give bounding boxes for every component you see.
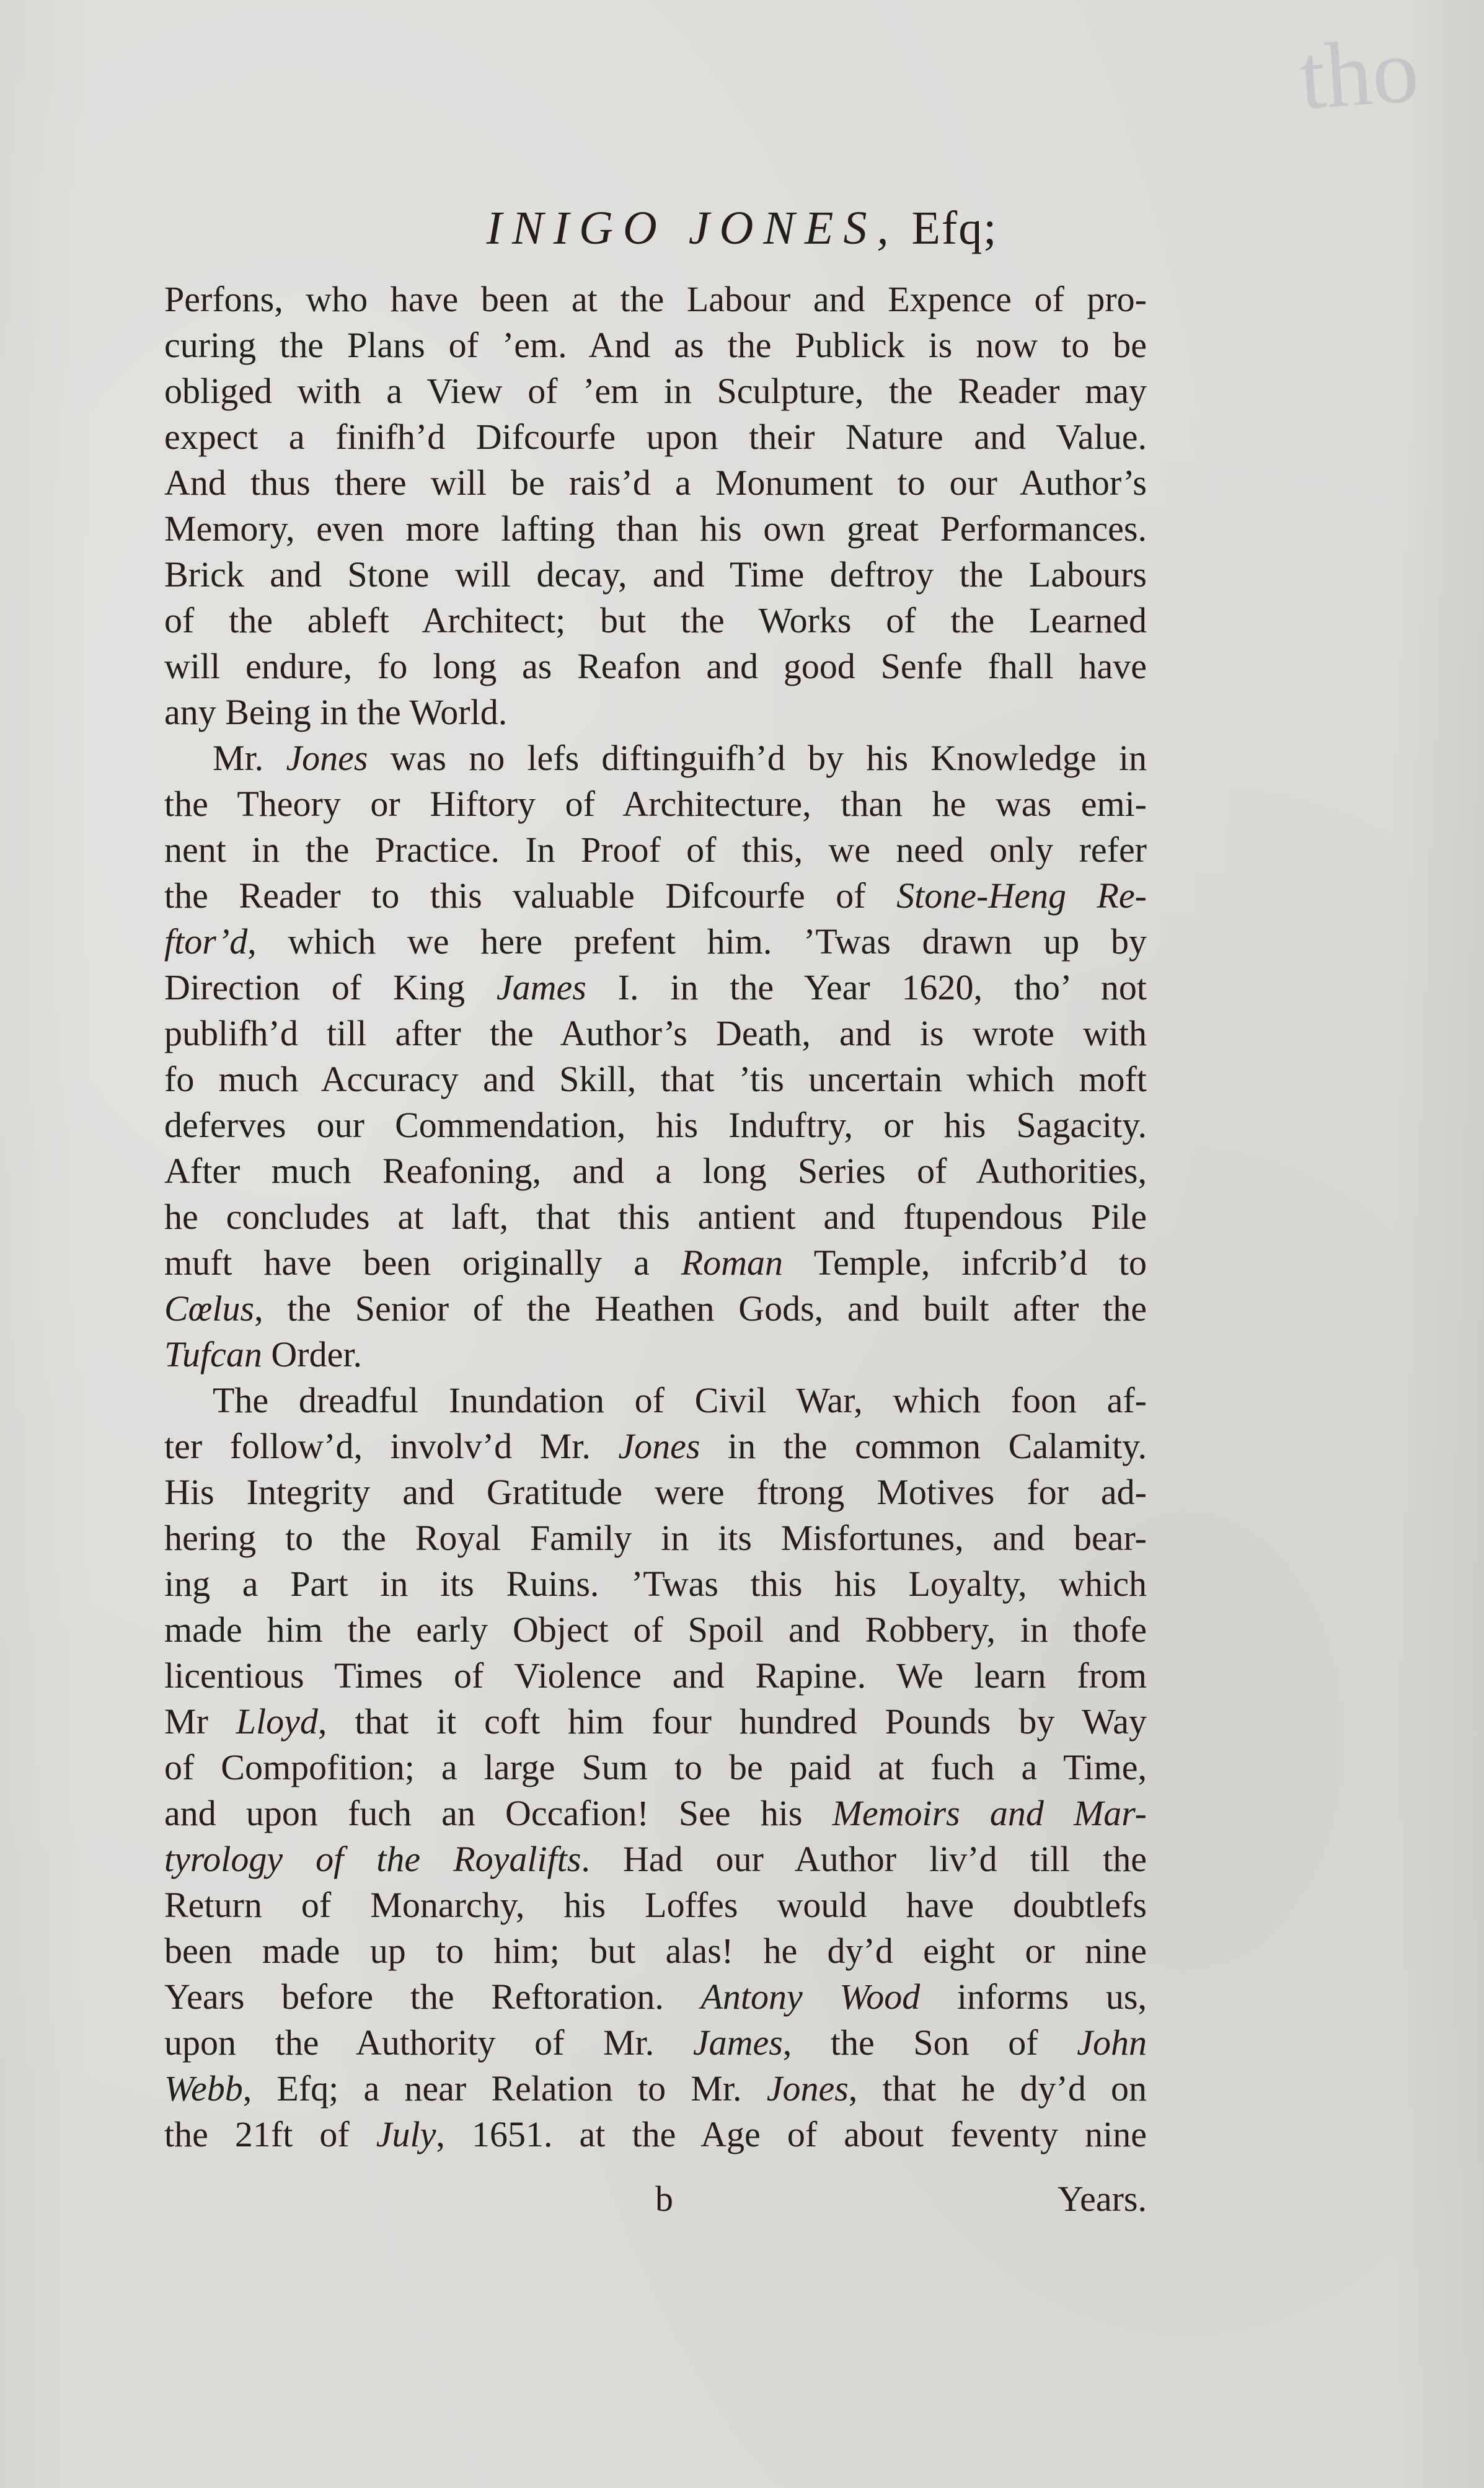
catchword: Years. — [1058, 2176, 1147, 2222]
text-line: Memory, even more lafting than his own g… — [164, 506, 1147, 552]
text-line: made him the early Object of Spoil and R… — [164, 1607, 1147, 1653]
text-line: the 21ft of July, 1651. at the Age of ab… — [164, 2112, 1147, 2158]
text-segment: , Efq; a near Relation to Mr. — [243, 2068, 767, 2109]
text-segment: he concludes at laft, that this antient … — [164, 1197, 1147, 1237]
text-segment: hering to the Royal Family in its Misfor… — [164, 1518, 1147, 1558]
text-line: ftor’d, which we here prefent him. ’Twas… — [164, 919, 1147, 965]
text-line: tyrology of the Royalifts. Had our Autho… — [164, 1836, 1147, 1882]
text-segment: And thus there will be rais’d a Monument… — [164, 463, 1147, 503]
text-segment: deferves our Commendation, his Induftry,… — [164, 1105, 1147, 1145]
page-title: INIGO JONES, Efq; — [0, 197, 1484, 259]
text-segment: upon the Authority of Mr. — [164, 2022, 693, 2063]
text-line: licentious Times of Violence and Rapine.… — [164, 1653, 1147, 1699]
text-segment: licentious Times of Violence and Rapine.… — [164, 1655, 1147, 1696]
text-line: Mr Lloyd, that it coft him four hundred … — [164, 1699, 1147, 1745]
page-footer: b Years. — [164, 2176, 1147, 2222]
italic-text: Antony Wood — [700, 1977, 920, 2017]
text-segment: I. in the Year 1620, tho’ not — [586, 967, 1147, 1007]
text-segment: informs us, — [920, 1977, 1147, 2017]
text-segment: , which we here prefent him. ’Twas drawn… — [247, 921, 1147, 962]
text-segment: muft have been originally a — [164, 1242, 681, 1283]
title-name: INIGO JONES, — [487, 202, 899, 254]
text-line: the Theory or Hiftory of Architecture, t… — [164, 781, 1147, 827]
italic-text: Stone-Heng Re- — [896, 875, 1147, 916]
text-line: nent in the Practice. In Proof of this, … — [164, 827, 1147, 873]
text-segment: fo much Accuracy and Skill, that ’tis un… — [164, 1059, 1147, 1099]
text-segment: , that it coft him four hundred Pounds b… — [318, 1701, 1147, 1742]
italic-text: Cœlus — [164, 1288, 254, 1329]
text-segment: nent in the Practice. In Proof of this, … — [164, 830, 1147, 870]
text-segment: the 21ft of — [164, 2114, 376, 2154]
text-segment: Brick and Stone will decay, and Time def… — [164, 554, 1147, 595]
text-segment: His Integrity and Gratitude were ftrong … — [164, 1472, 1147, 1512]
title-suffix: Efq; — [911, 202, 997, 254]
text-line: Tufcan Order. — [164, 1332, 1147, 1378]
text-line: any Being in the World. — [164, 689, 1147, 735]
paragraph: Mr. Jones was no lefs diftinguifh’d by h… — [164, 735, 1147, 1378]
text-line: of Compofition; a large Sum to be paid a… — [164, 1745, 1147, 1791]
text-line: he concludes at laft, that this antient … — [164, 1194, 1147, 1240]
text-segment: of Compofition; a large Sum to be paid a… — [164, 1747, 1147, 1787]
text-segment: the Reader to this valuable Difcourfe of — [164, 875, 896, 916]
italic-text: Jones — [618, 1426, 700, 1466]
italic-text: ftor’d — [164, 921, 247, 962]
text-segment: , the Senior of the Heathen Gods, and bu… — [254, 1288, 1147, 1329]
text-segment: , 1651. at the Age of about feventy nine — [436, 2114, 1147, 2154]
text-segment: . Had our Author liv’d till the — [581, 1839, 1147, 1879]
text-segment: Years before the Reftoration. — [164, 1977, 700, 2017]
text-line: ter follow’d, involv’d Mr. Jones in the … — [164, 1423, 1147, 1469]
text-line: ing a Part in its Ruins. ’Twas this his … — [164, 1561, 1147, 1607]
text-segment: , the Son of — [783, 2022, 1077, 2063]
text-segment: obliged with a View of ’em in Sculpture,… — [164, 371, 1147, 411]
text-line: Perfons, who have been at the Labour and… — [164, 277, 1147, 322]
text-segment: Temple, infcrib’d to — [783, 1242, 1147, 1283]
italic-text: Lloyd — [236, 1701, 318, 1742]
text-line: of the ableft Architect; but the Works o… — [164, 598, 1147, 644]
text-segment: made him the early Object of Spoil and R… — [164, 1609, 1147, 1650]
text-line: And thus there will be rais’d a Monument… — [164, 460, 1147, 506]
text-segment: the Theory or Hiftory of Architecture, t… — [164, 784, 1147, 824]
text-segment: publifh’d till after the Author’s Death,… — [164, 1013, 1147, 1053]
bleed-through-mark: tho — [1296, 19, 1484, 192]
text-line: and upon fuch an Occafion! See his Memoi… — [164, 1791, 1147, 1836]
text-line: hering to the Royal Family in its Misfor… — [164, 1515, 1147, 1561]
text-line: expect a finifh’d Difcourfe upon their N… — [164, 414, 1147, 460]
text-segment: Memory, even more lafting than his own g… — [164, 508, 1147, 549]
text-segment: ing a Part in its Ruins. ’Twas this his … — [164, 1564, 1147, 1604]
text-line: Mr. Jones was no lefs diftinguifh’d by h… — [164, 735, 1147, 781]
italic-text: James — [693, 2022, 783, 2063]
text-line: Return of Monarchy, his Loffes would hav… — [164, 1882, 1147, 1928]
text-segment: Perfons, who have been at the Labour and… — [164, 279, 1147, 319]
italic-text: Roman — [681, 1242, 783, 1283]
text-segment: Order. — [262, 1334, 362, 1375]
paragraph: The dreadful Inundation of Civil War, wh… — [164, 1378, 1147, 2158]
text-line: The dreadful Inundation of Civil War, wh… — [164, 1378, 1147, 1423]
text-line: fo much Accuracy and Skill, that ’tis un… — [164, 1056, 1147, 1102]
italic-text: Jones — [767, 2068, 849, 2109]
text-segment: ter follow’d, involv’d Mr. — [164, 1426, 618, 1466]
italic-text: Webb — [164, 2068, 243, 2109]
text-line: been made up to him; but alas! he dy’d e… — [164, 1928, 1147, 1974]
text-line: muft have been originally a Roman Temple… — [164, 1240, 1147, 1286]
text-line: upon the Authority of Mr. James, the Son… — [164, 2020, 1147, 2066]
text-segment: in the common Calamity. — [700, 1426, 1147, 1466]
text-line: Years before the Reftoration. Antony Woo… — [164, 1974, 1147, 2020]
text-segment: Mr — [164, 1701, 236, 1742]
text-segment: , that he dy’d on — [849, 2068, 1147, 2109]
text-segment: been made up to him; but alas! he dy’d e… — [164, 1931, 1147, 1971]
text-line: Webb, Efq; a near Relation to Mr. Jones,… — [164, 2066, 1147, 2112]
signature-mark: b — [655, 2176, 673, 2222]
italic-text: Memoirs and Mar- — [833, 1793, 1147, 1833]
text-line: After much Reafoning, and a long Series … — [164, 1148, 1147, 1194]
text-line: Direction of King James I. in the Year 1… — [164, 965, 1147, 1011]
text-segment: Return of Monarchy, his Loffes would hav… — [164, 1885, 1147, 1925]
body-text: Perfons, who have been at the Labour and… — [164, 277, 1147, 2158]
text-segment: After much Reafoning, and a long Series … — [164, 1151, 1147, 1191]
italic-text: July — [376, 2114, 436, 2154]
text-segment: Mr. — [213, 738, 286, 778]
italic-text: Jones — [286, 738, 368, 778]
italic-text: Tufcan — [164, 1334, 262, 1375]
text-line: publifh’d till after the Author’s Death,… — [164, 1011, 1147, 1056]
text-line: Brick and Stone will decay, and Time def… — [164, 552, 1147, 598]
text-line: obliged with a View of ’em in Sculpture,… — [164, 368, 1147, 414]
text-line: curing the Plans of ’em. And as the Publ… — [164, 322, 1147, 368]
text-segment: of the ableft Architect; but the Works o… — [164, 600, 1147, 640]
book-page: tho INIGO JONES, Efq; Perfons, who have … — [0, 0, 1484, 2488]
text-segment: will endure, fo long as Reafon and good … — [164, 646, 1147, 686]
text-segment: expect a finifh’d Difcourfe upon their N… — [164, 417, 1147, 457]
italic-text: James — [497, 967, 586, 1007]
paragraph: Perfons, who have been at the Labour and… — [164, 277, 1147, 735]
text-segment: and upon fuch an Occafion! See his — [164, 1793, 833, 1833]
text-segment: any Being in the World. — [164, 692, 507, 732]
text-segment: The dreadful Inundation of Civil War, wh… — [213, 1380, 1147, 1420]
italic-text: John — [1077, 2022, 1147, 2063]
text-segment: Direction of King — [164, 967, 497, 1007]
text-line: will endure, fo long as Reafon and good … — [164, 644, 1147, 689]
text-line: deferves our Commendation, his Induftry,… — [164, 1102, 1147, 1148]
text-segment: was no lefs diftinguifh’d by his Knowled… — [368, 738, 1147, 778]
italic-text: tyrology of the Royalifts — [164, 1839, 581, 1879]
text-line: Cœlus, the Senior of the Heathen Gods, a… — [164, 1286, 1147, 1332]
text-line: His Integrity and Gratitude were ftrong … — [164, 1469, 1147, 1515]
text-segment: curing the Plans of ’em. And as the Publ… — [164, 325, 1147, 365]
text-line: the Reader to this valuable Difcourfe of… — [164, 873, 1147, 919]
